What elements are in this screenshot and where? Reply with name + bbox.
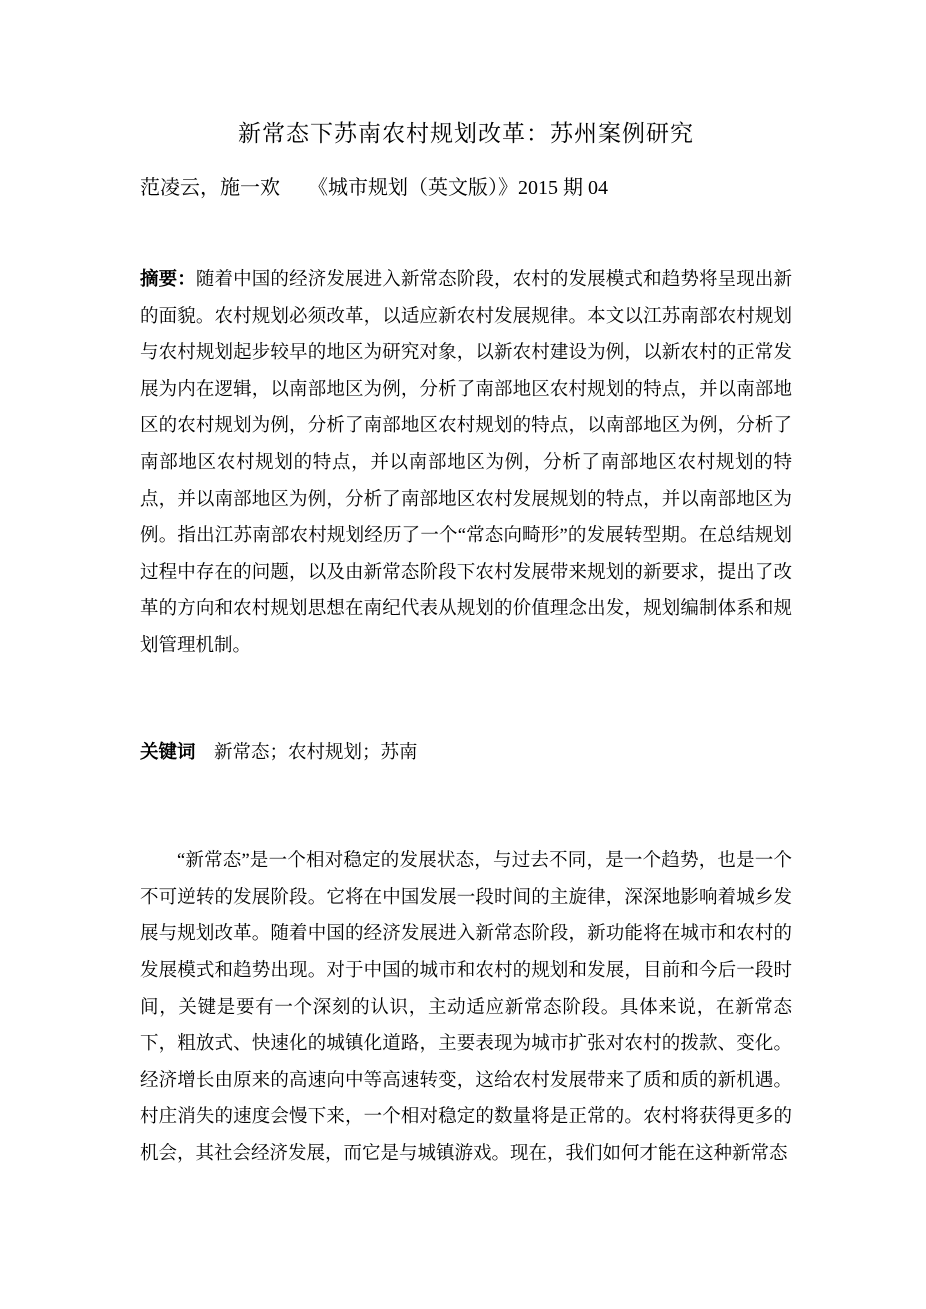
keywords-line: 关键词新常态；农村规划；苏南 [140,735,792,772]
page-title: 新常态下苏南农村规划改革：苏州案例研究 [140,119,792,149]
keywords-label: 关键词 [140,743,196,763]
abstract-label: 摘要： [140,270,196,290]
keywords-text: 新常态；农村规划；苏南 [214,743,418,763]
document-content: 新常态下苏南农村规划改革：苏州案例研究 范凌云，施一欢《城市规划（英文版）》20… [140,0,792,1172]
body-paragraph: “新常态”是一个相对稳定的发展状态，与过去不同，是一个趋势，也是一个不可逆转的发… [140,843,792,1172]
abstract-text: 随着中国的经济发展进入新常态阶段，农村的发展模式和趋势将呈现出新的面貌。农村规划… [140,270,792,656]
byline-authors: 范凌云，施一欢 [140,177,280,199]
byline-journal: 《城市规划（英文版）》2015 期 04 [308,177,608,199]
document-page: 新常态下苏南农村规划改革：苏州案例研究 范凌云，施一欢《城市规划（英文版）》20… [0,0,926,1309]
abstract-paragraph: 摘要：随着中国的经济发展进入新常态阶段，农村的发展模式和趋势将呈现出新的面貌。农… [140,262,792,665]
byline: 范凌云，施一欢《城市规划（英文版）》2015 期 04 [140,175,792,202]
